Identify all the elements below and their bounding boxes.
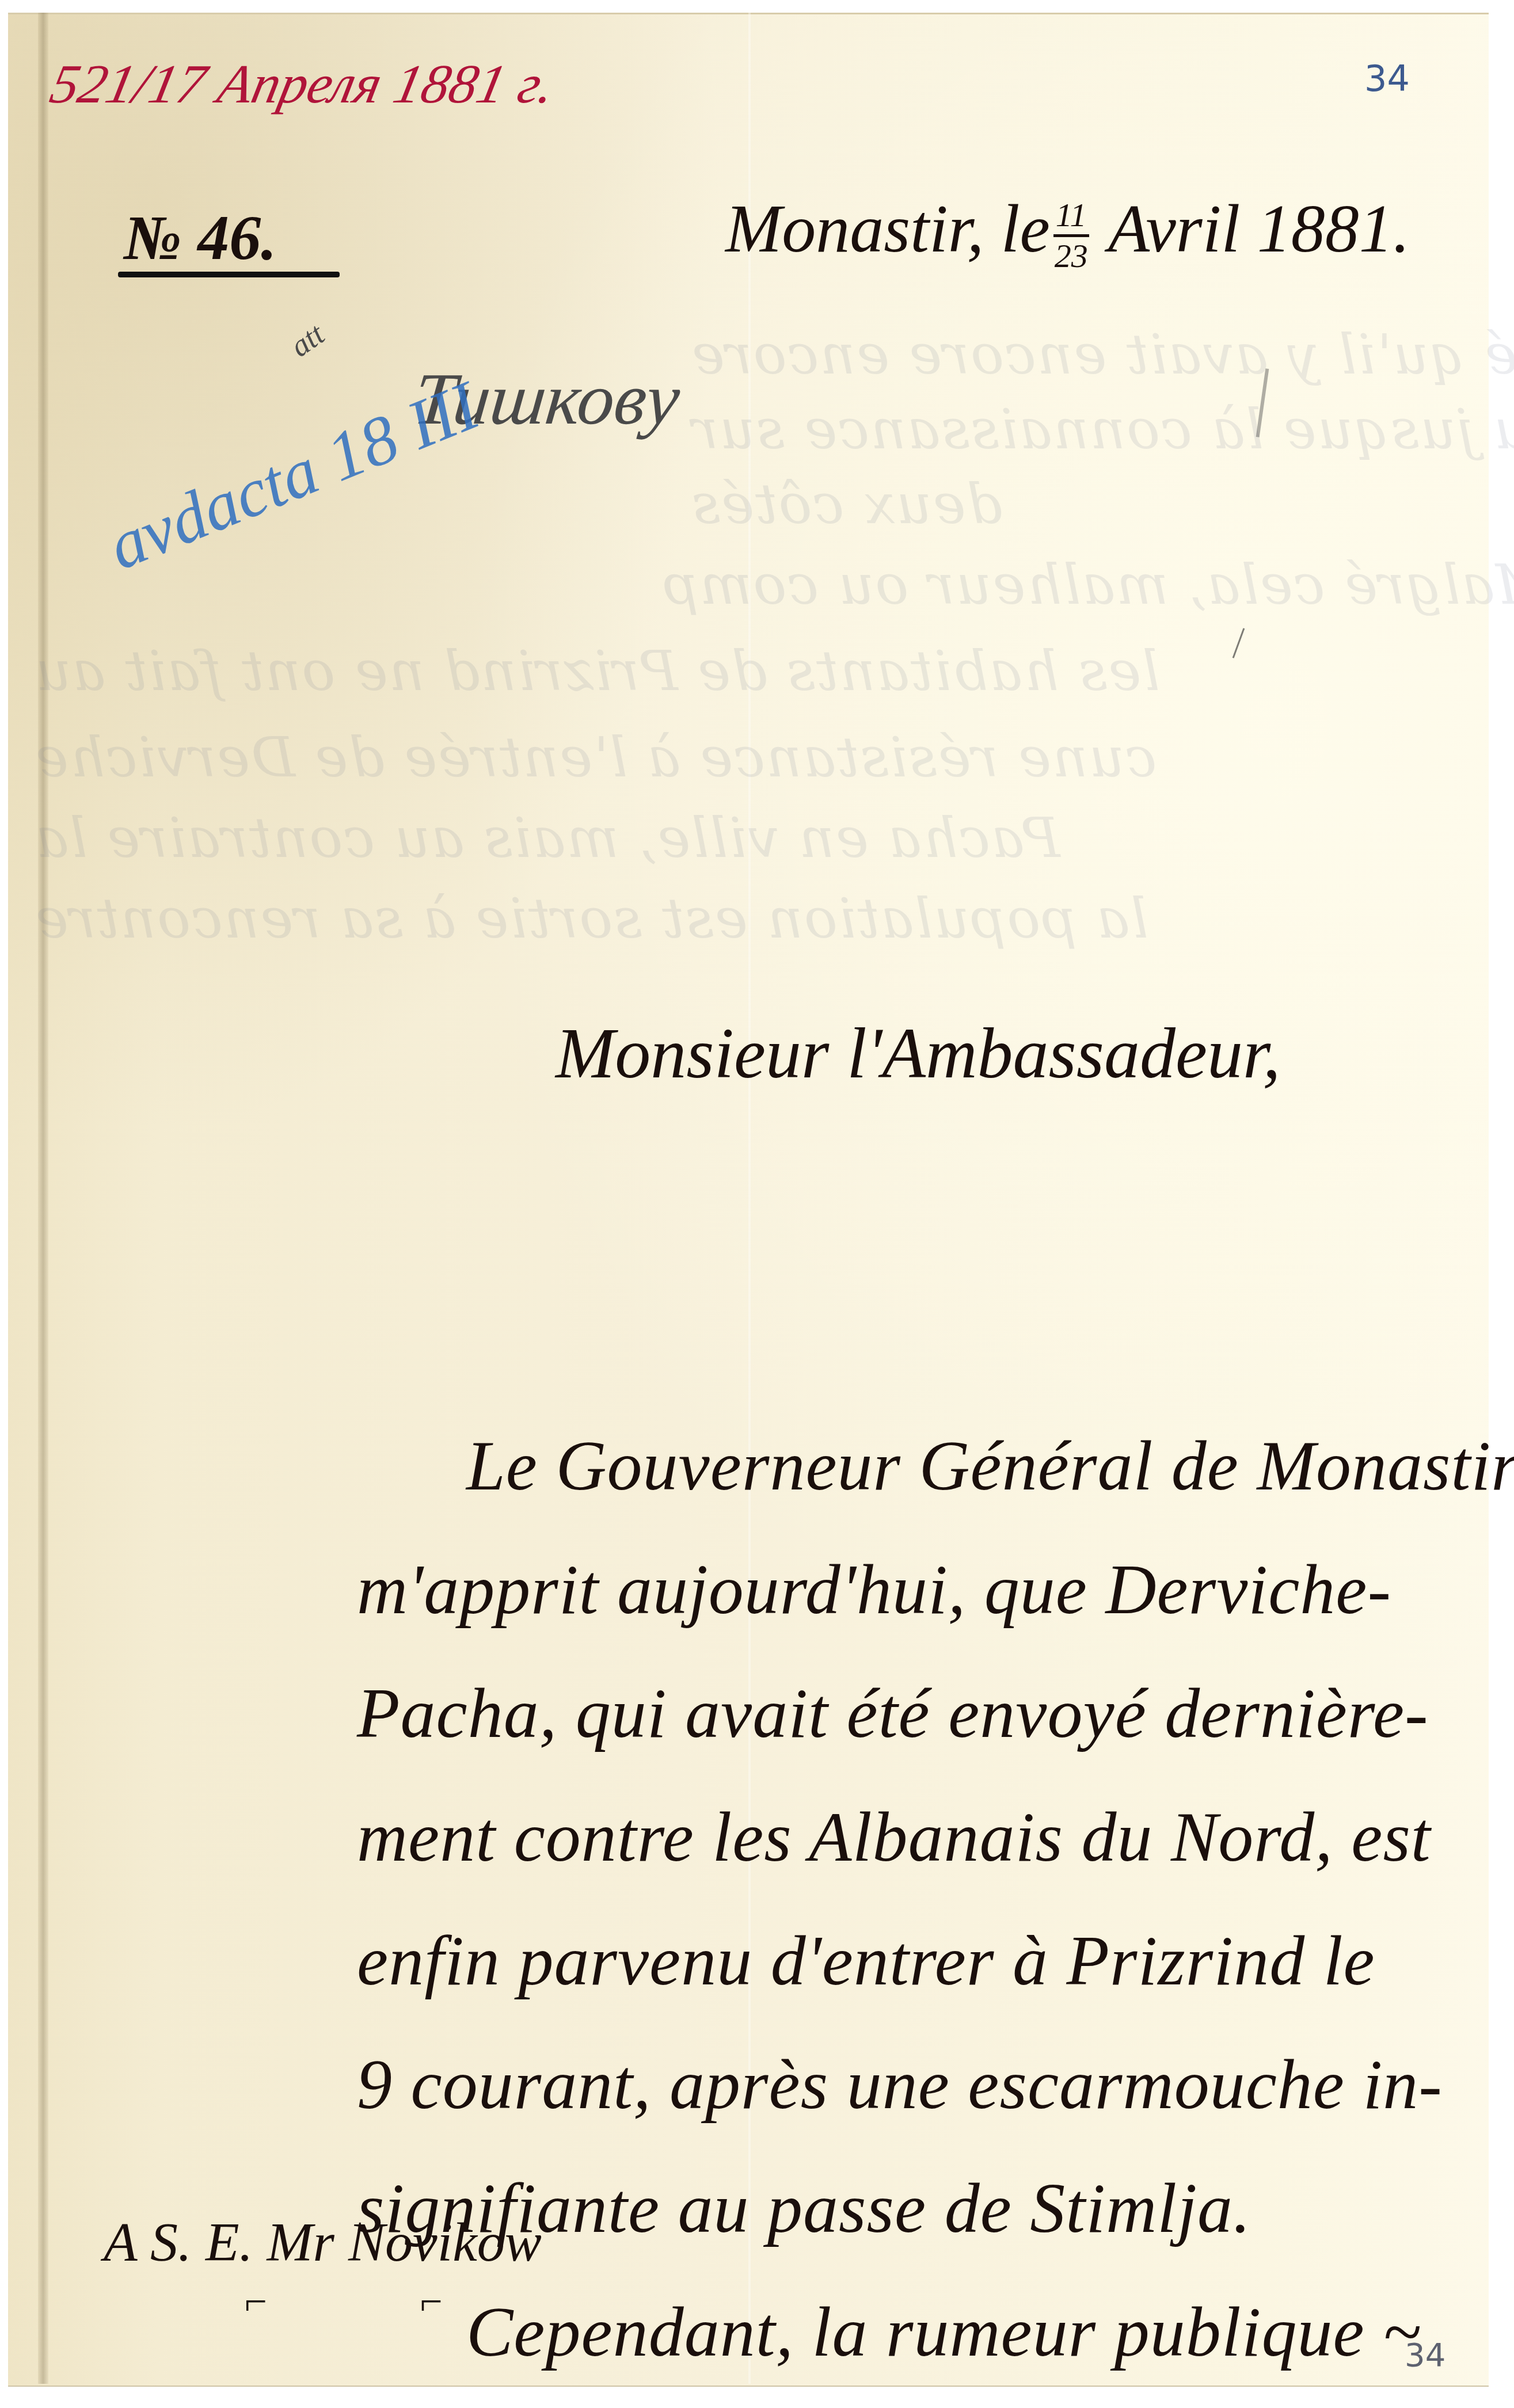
body-line: Pacha, qui avait été envoyé dernière- (357, 1652, 1462, 1775)
bleed-through-line: Malgré cela, malheur ou comp (662, 553, 1514, 617)
addressee-marks: ⌐ ⌐ (242, 2279, 513, 2325)
month-year: Avril 1881. (1108, 191, 1410, 266)
bleed-through-line: Pacha en ville, mais au contraire la (35, 806, 1060, 870)
dateline: Monastir, le1123 Avril 1881. (725, 190, 1410, 273)
day-old-style: 11 (1053, 199, 1089, 237)
registry-note-red: 521/17 Апреля 1881 г. (45, 52, 561, 116)
day-new-style: 23 (1055, 237, 1088, 273)
dispatch-number-label: № 46. (124, 203, 277, 273)
bleed-through-line: la population est sortie à sa rencontre (35, 886, 1148, 951)
dispatch-number: № 46. (124, 201, 277, 275)
bleed-through-line: les habitants de Prizrind ne ont fait au (35, 639, 1160, 703)
dual-date-fraction: 1123 (1053, 199, 1089, 273)
body-line: 9 courant, après une escarmouche in- (357, 2023, 1462, 2147)
salutation: Monsieur l'Ambassadeur, (556, 1013, 1281, 1095)
bleed-through-line: gardé qu'il y avait encore encore (691, 322, 1514, 387)
body-line: m'apprit aujourd'hui, que Derviche- (357, 1528, 1462, 1652)
dispatch-number-underline (118, 272, 340, 277)
bleed-through-line: cune résistance à l'entrée de Derviche (35, 725, 1157, 790)
body-line: enfin parvenu d'entrer à Prizrind le (357, 1899, 1462, 2023)
binding-fold (38, 13, 48, 2384)
body-line: Le Gouverneur Général de Monastir (357, 1404, 1462, 1528)
bleed-through-line: tenu jusque là connaissance sur (691, 397, 1514, 462)
folio-number-top: 34 (1364, 58, 1410, 100)
body-line: ment contre les Albanais du Nord, est (357, 1775, 1462, 1899)
bleed-through-line: deux côtés (691, 472, 1002, 536)
addressee: A S. E. Mr Novikow (104, 2210, 542, 2274)
place-name: Monastir, (725, 191, 984, 266)
body-line: Cependant, la rumeur publique ~ (357, 2270, 1462, 2394)
date-prefix: le (1001, 191, 1050, 266)
